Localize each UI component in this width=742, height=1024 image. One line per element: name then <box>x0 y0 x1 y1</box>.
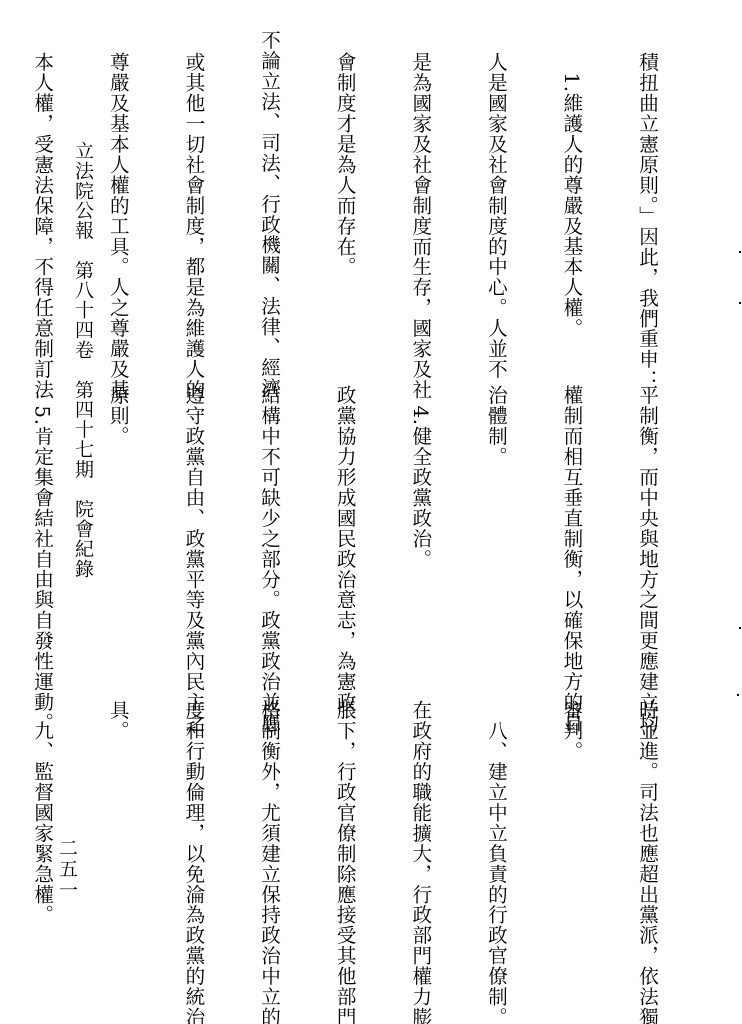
scan-speck <box>739 627 741 629</box>
text-column: 遵守政黨自由、政黨平等及黨內民主之 <box>181 385 206 625</box>
text-column: 積扭曲立憲原則。」因此，我們重申： <box>634 52 659 292</box>
text-column: 原則。 <box>105 385 130 625</box>
text-column: 不論立法、司法、行政機關、法律、經濟 <box>256 30 281 292</box>
header-spacer <box>72 360 94 380</box>
middle-band: 平制衡，而中央與地方之間更應建立均 權制而相互垂直制衡，以確保地方的自 治體制。… <box>0 385 710 625</box>
text-column: 脹下，行政官僚制除應接受其他部門嚴 <box>332 700 357 940</box>
text-column: 5.肯定集會結社自由與自發性運動。 <box>30 385 55 625</box>
text-column: 度和行動倫理，以免淪為政黨的統治工 <box>181 700 206 940</box>
text-column: 平制衡，而中央與地方之間更應建立均 <box>634 385 659 625</box>
text-column: 格制衡外，尤須建立保持政治中立的制 <box>256 700 281 940</box>
text-column: 或其他一切社會制度，都是為維護人的 <box>181 52 206 292</box>
text-column: 尊嚴及基本人權的工具。人之尊嚴及基 <box>105 52 130 292</box>
text-column: 治體制。 <box>483 385 508 625</box>
gazette-page: 立法院公報 第八十四卷 第四十七期 院會紀錄 二五一 積扭曲立憲原則。」因此，我… <box>0 0 742 1024</box>
text-column: 人是國家及社會制度的中心。人並不 <box>483 52 508 292</box>
text-column: 會制度才是為人而存在。 <box>332 52 357 292</box>
text-column: 1.維護人的尊嚴及基本人權。 <box>559 52 584 292</box>
scan-speck <box>739 302 741 304</box>
text-column: 是為國家及社會制度而生存，國家及社 <box>408 52 433 292</box>
scan-speck <box>739 251 741 253</box>
text-column: 政黨協力形成國民政治意志，為憲政 <box>332 385 357 625</box>
text-column: 具。 <box>105 700 130 940</box>
text-column: 九、監督國家緊急權。 <box>30 700 55 940</box>
text-column: 八、建立中立負責的行政官僚制。 <box>483 700 508 940</box>
text-column: 審判。 <box>559 700 584 940</box>
text-column: 結構中不可缺少之部分。政黨政治並應 <box>256 385 281 625</box>
text-column: 在政府的職能擴大，行政部門權力膨 <box>408 700 433 940</box>
text-column: 4.健全政黨政治。 <box>408 385 433 625</box>
text-column: 本人權，受憲法保障，不得任意制訂法 <box>30 52 55 292</box>
text-column: 時並進。司法也應超出黨派，依法獨立 <box>634 700 659 940</box>
top-band: 積扭曲立憲原則。」因此，我們重申： 1.維護人的尊嚴及基本人權。 人是國家及社會… <box>0 52 710 292</box>
text-column: 權制而相互垂直制衡，以確保地方的自 <box>559 385 584 625</box>
bottom-band: 時並進。司法也應超出黨派，依法獨立 審判。 八、建立中立負責的行政官僚制。 在政… <box>0 700 710 940</box>
scan-speck <box>737 694 739 696</box>
